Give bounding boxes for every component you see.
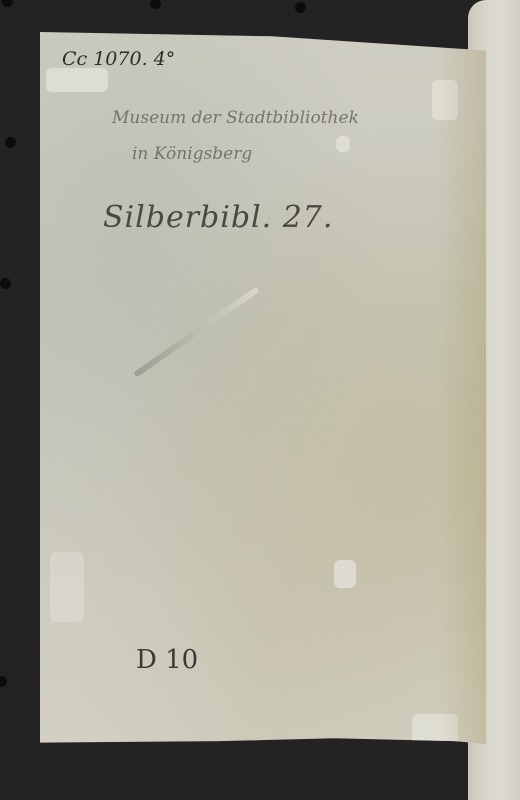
binding-hole bbox=[0, 278, 11, 289]
repair-patch bbox=[46, 68, 108, 92]
repair-patch bbox=[50, 552, 84, 622]
binding-hole bbox=[5, 137, 16, 148]
repair-patch bbox=[336, 136, 350, 152]
provenance-note-line-1: Museum der Stadtbibliothek bbox=[112, 108, 359, 128]
library-signature: Silberbibl. 27. bbox=[103, 200, 333, 235]
shelfmark: Cc 1070. 4° bbox=[62, 48, 175, 70]
binding-hole bbox=[295, 2, 306, 13]
fold-crease bbox=[133, 287, 259, 378]
repair-patch bbox=[334, 560, 356, 588]
repair-patch bbox=[432, 80, 458, 120]
parchment-leaf bbox=[40, 32, 486, 744]
provenance-note-line-2: in Königsberg bbox=[132, 144, 252, 164]
stamp-number: D 10 bbox=[136, 645, 198, 675]
